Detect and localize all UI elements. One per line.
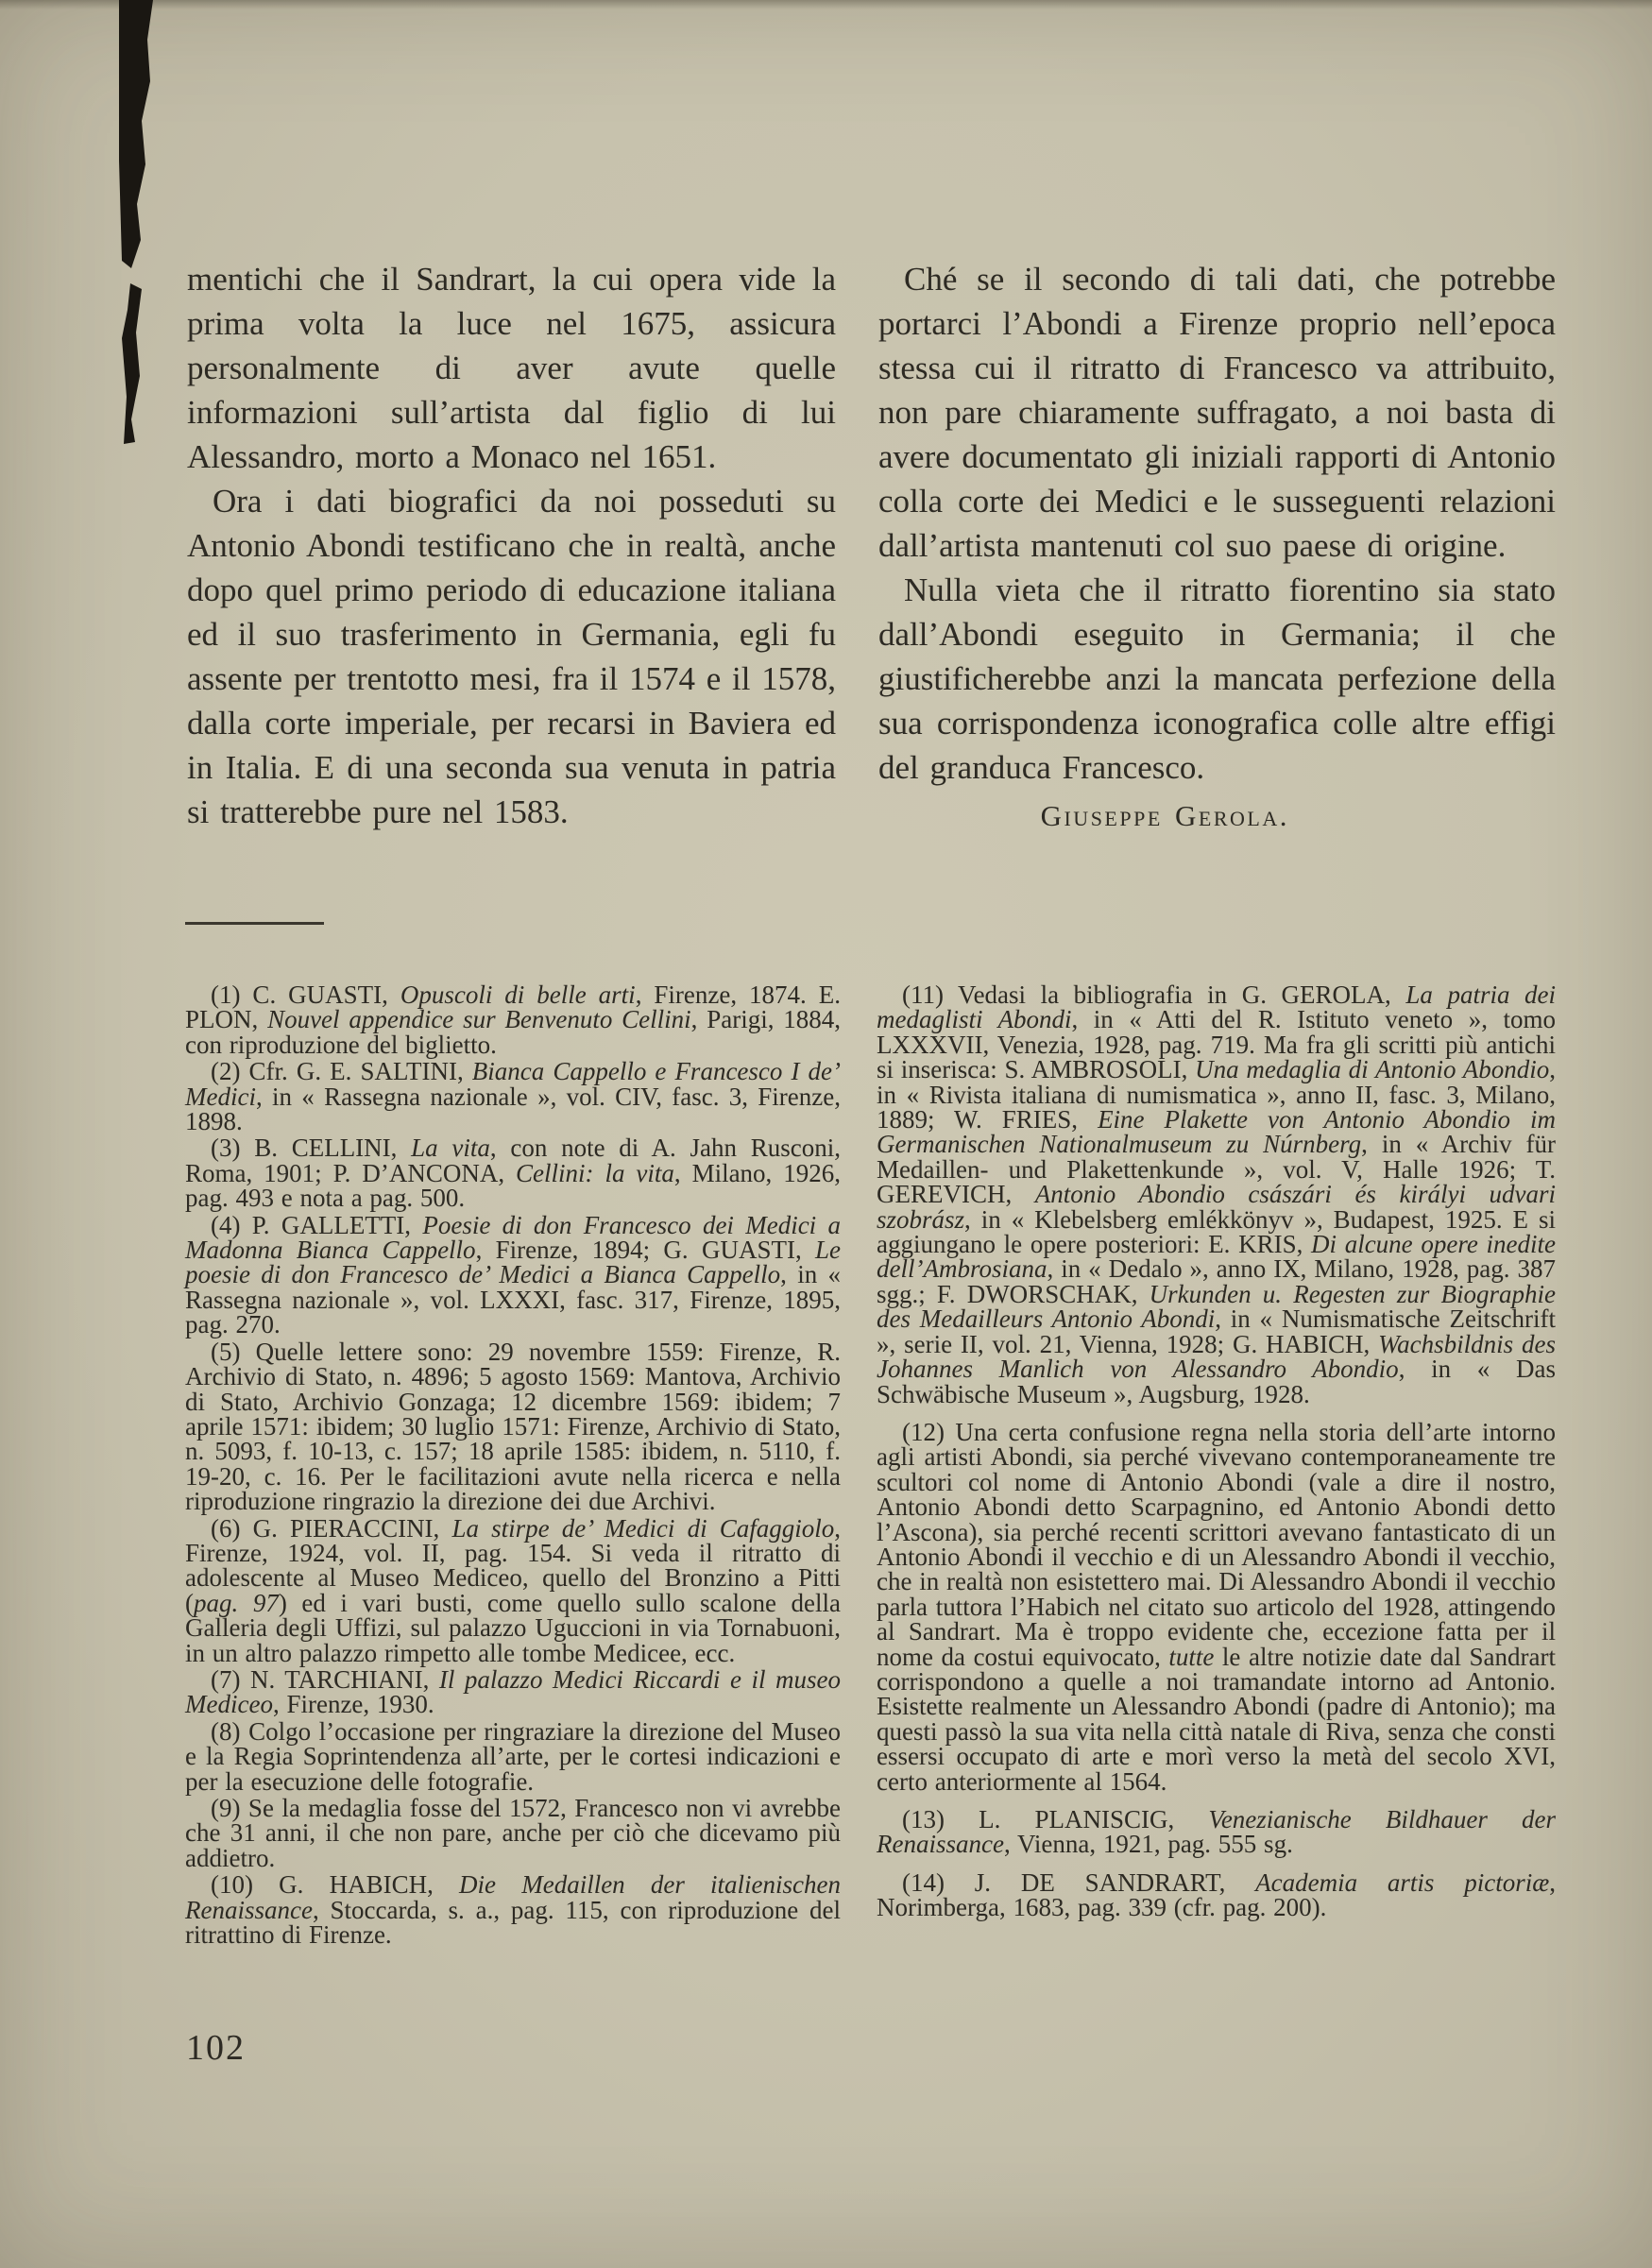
- footnote: (9) Se la medaglia fosse del 1572, Franc…: [185, 1796, 841, 1870]
- footnote: (10) G. HABICH, Die Medaillen der italie…: [185, 1872, 841, 1947]
- main-paragraph: Ora i dati biografici da noi posseduti s…: [187, 479, 836, 834]
- page-number: 102: [186, 2027, 246, 2069]
- author-signature: Giuseppe Gerola.: [878, 793, 1556, 838]
- footnote: (11) Vedasi la bibliografia in G. GEROLA…: [877, 982, 1556, 1407]
- footnote: (2) Cfr. G. E. SALTINI, Bianca Cappello …: [185, 1059, 841, 1134]
- footnote: (12) Una certa confusione regna nella st…: [877, 1420, 1556, 1794]
- main-paragraph: mentichi che il Sandrart, la cui opera v…: [187, 257, 836, 479]
- footnotes-left-column: (1) C. GUASTI, Opuscoli di belle arti, F…: [185, 982, 841, 1947]
- footnote: (14) J. DE SANDRART, Academia artis pict…: [877, 1870, 1556, 1920]
- main-text-left-column: mentichi che il Sandrart, la cui opera v…: [187, 257, 836, 834]
- footnote: (8) Colgo l’occasione per ringraziare la…: [185, 1719, 841, 1794]
- footnote: (3) B. CELLINI, La vita, con note di A. …: [185, 1135, 841, 1210]
- main-paragraph: Ché se il secondo di tali dati, che potr…: [878, 257, 1556, 568]
- main-paragraph: Nulla vieta che il ritratto fiorentino s…: [878, 568, 1556, 790]
- main-text-right-column: Ché se il secondo di tali dati, che potr…: [878, 257, 1556, 838]
- footnote: (4) P. GALLETTI, Poesie di don Francesco…: [185, 1213, 841, 1338]
- footnote: (6) G. PIERACCINI, La stirpe de’ Medici …: [185, 1516, 841, 1665]
- footnote: (5) Quelle lettere sono: 29 novembre 155…: [185, 1339, 841, 1514]
- scan-tear-artifact: [115, 0, 157, 452]
- footnotes-right-column: (11) Vedasi la bibliografia in G. GEROLA…: [877, 982, 1556, 1920]
- footnote-separator-rule: [185, 922, 324, 925]
- book-page: mentichi che il Sandrart, la cui opera v…: [0, 0, 1652, 2268]
- footnote: (7) N. TARCHIANI, Il palazzo Medici Ricc…: [185, 1667, 841, 1717]
- footnote: (1) C. GUASTI, Opuscoli di belle arti, F…: [185, 982, 841, 1057]
- footnote: (13) L. PLANISCIG, Venezianische Bildhau…: [877, 1807, 1556, 1857]
